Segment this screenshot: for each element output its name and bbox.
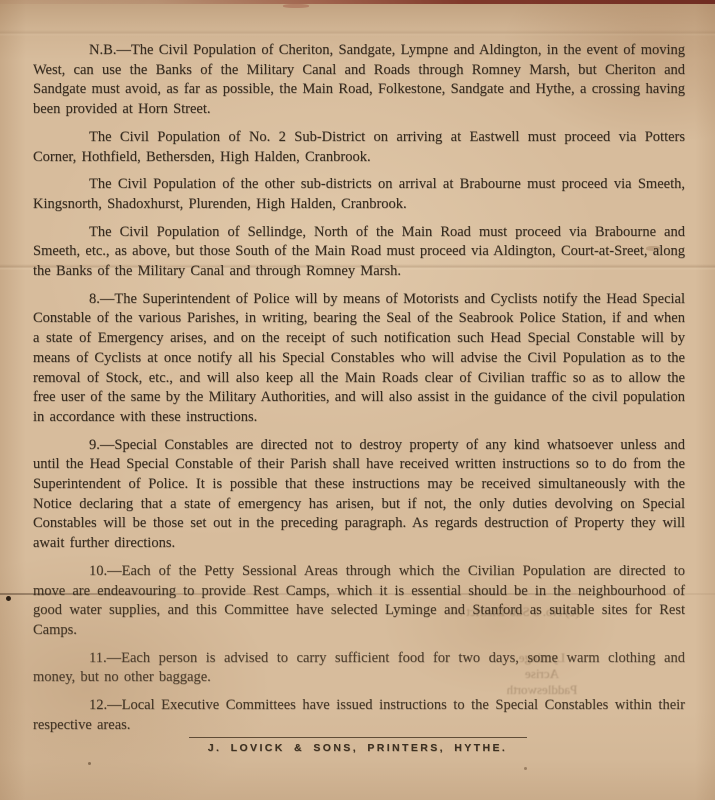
paper-crease xyxy=(0,30,715,36)
paper-smudge xyxy=(283,4,309,8)
paper-speck xyxy=(6,596,11,601)
paragraph-other-sub-districts: The Civil Population of the other sub-di… xyxy=(33,175,685,214)
paragraph-item-8: 8.—The Superintendent of Police will by … xyxy=(33,290,685,428)
paragraph-item-11: 11.—Each person is advised to carry suff… xyxy=(33,649,685,688)
paper-speck xyxy=(524,767,527,770)
paragraph-item-10: 10.—Each of the Petty Sessional Areas th… xyxy=(33,562,685,641)
paragraph-sellindge: The Civil Population of Sellindge, North… xyxy=(33,223,685,282)
page-top-edge xyxy=(0,0,715,4)
footer-rule xyxy=(189,737,527,738)
paragraph-item-12: 12.—Local Executive Committees have issu… xyxy=(33,696,685,735)
document-body: N.B.—The Civil Population of Cheriton, S… xyxy=(33,41,685,744)
paragraph-nb: N.B.—The Civil Population of Cheriton, S… xyxy=(33,41,685,120)
printer-name: J. LOVICK & SONS, PRINTERS, HYTHE. xyxy=(0,742,715,754)
printer-imprint: J. LOVICK & SONS, PRINTERS, HYTHE. xyxy=(0,737,715,754)
paragraph-sub-district-2: The Civil Population of No. 2 Sub-Distri… xyxy=(33,128,685,167)
document-page: (c) No. 3 Sub-District :— Lyminge Acrise… xyxy=(0,0,715,800)
paragraph-item-9: 9.—Special Constables are directed not t… xyxy=(33,436,685,554)
paper-speck xyxy=(88,762,91,765)
